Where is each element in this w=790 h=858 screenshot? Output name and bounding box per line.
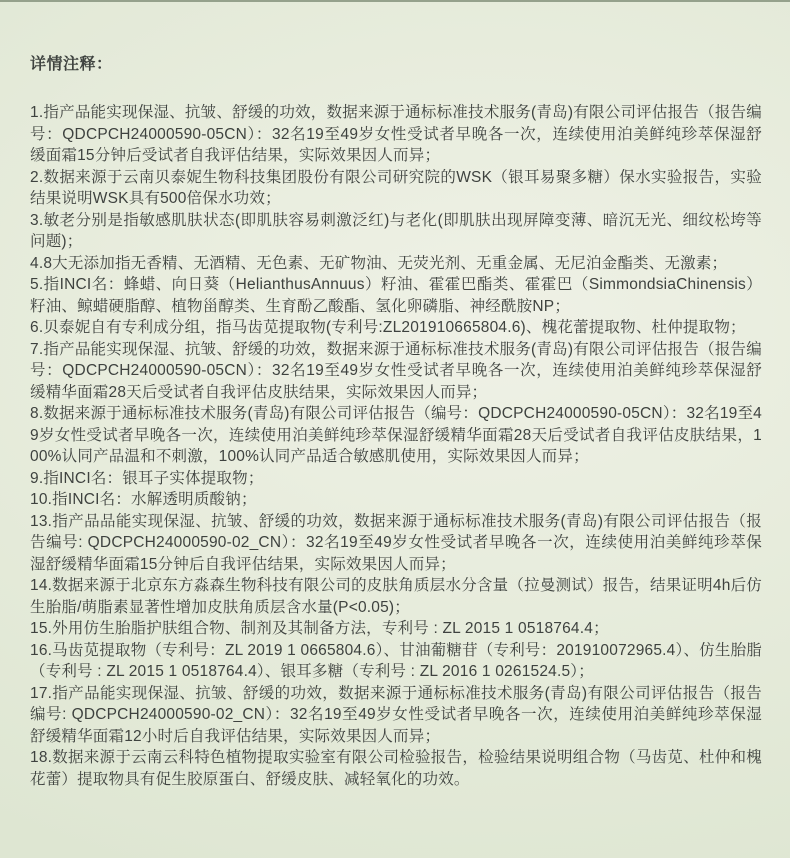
- note-item-5: 5.指INCI名：蜂蜡、向日葵（HelianthusAnnuus）籽油、霍霍巴酯…: [30, 274, 762, 317]
- note-item-16: 16.马齿苋提取物（专利号：ZL 2019 1 0665804.6）、甘油葡糖苷…: [30, 640, 762, 683]
- note-item-17: 17.指产品能实现保湿、抗皱、舒缓的功效，数据来源于通标标准技术服务(青岛)有限…: [30, 683, 762, 748]
- notes-list: 1.指产品能实现保湿、抗皱、舒缓的功效，数据来源于通标标准技术服务(青岛)有限公…: [30, 102, 762, 790]
- note-item-1: 1.指产品能实现保湿、抗皱、舒缓的功效，数据来源于通标标准技术服务(青岛)有限公…: [30, 102, 762, 167]
- note-item-13: 13.指产品品能实现保湿、抗皱、舒缓的功效，数据来源于通标标准技术服务(青岛)有…: [30, 511, 762, 576]
- note-item-9: 9.指INCI名：银耳子实体提取物；: [30, 468, 762, 490]
- detail-notes-page: 详情注释： 1.指产品能实现保湿、抗皱、舒缓的功效，数据来源于通标标准技术服务(…: [0, 2, 790, 790]
- note-item-8: 8.数据来源于通标标准技术服务(青岛)有限公司评估报告（编号：QDCPCH240…: [30, 403, 762, 468]
- note-item-7: 7.指产品能实现保湿、抗皱、舒缓的功效，数据来源于通标标准技术服务(青岛)有限公…: [30, 339, 762, 404]
- note-item-15: 15.外用仿生胎脂护肤组合物、制剂及其制备方法，专利号 : ZL 2015 1 …: [30, 618, 762, 640]
- note-item-6: 6.贝泰妮自有专利成分组，指马齿苋提取物(专利号:ZL201910665804.…: [30, 317, 762, 339]
- note-item-14: 14.数据来源于北京东方淼森生物科技有限公司的皮肤角质层水分含量（拉曼测试）报告…: [30, 575, 762, 618]
- note-item-4: 4.8大无添加指无香精、无酒精、无色素、无矿物油、无荧光剂、无重金属、无尼泊金酯…: [30, 253, 762, 275]
- note-item-2: 2.数据来源于云南贝泰妮生物科技集团股份有限公司研究院的WSK（银耳易聚多糖）保…: [30, 167, 762, 210]
- note-item-18: 18.数据来源于云南云科特色植物提取实验室有限公司检验报告，检验结果说明组合物（…: [30, 747, 762, 790]
- note-item-3: 3.敏老分别是指敏感肌肤状态(即肌肤容易刺激泛红)与老化(即肌肤出现屏障变薄、暗…: [30, 210, 762, 253]
- note-item-10: 10.指INCI名：水解透明质酸钠；: [30, 489, 762, 511]
- section-title: 详情注释：: [30, 54, 762, 76]
